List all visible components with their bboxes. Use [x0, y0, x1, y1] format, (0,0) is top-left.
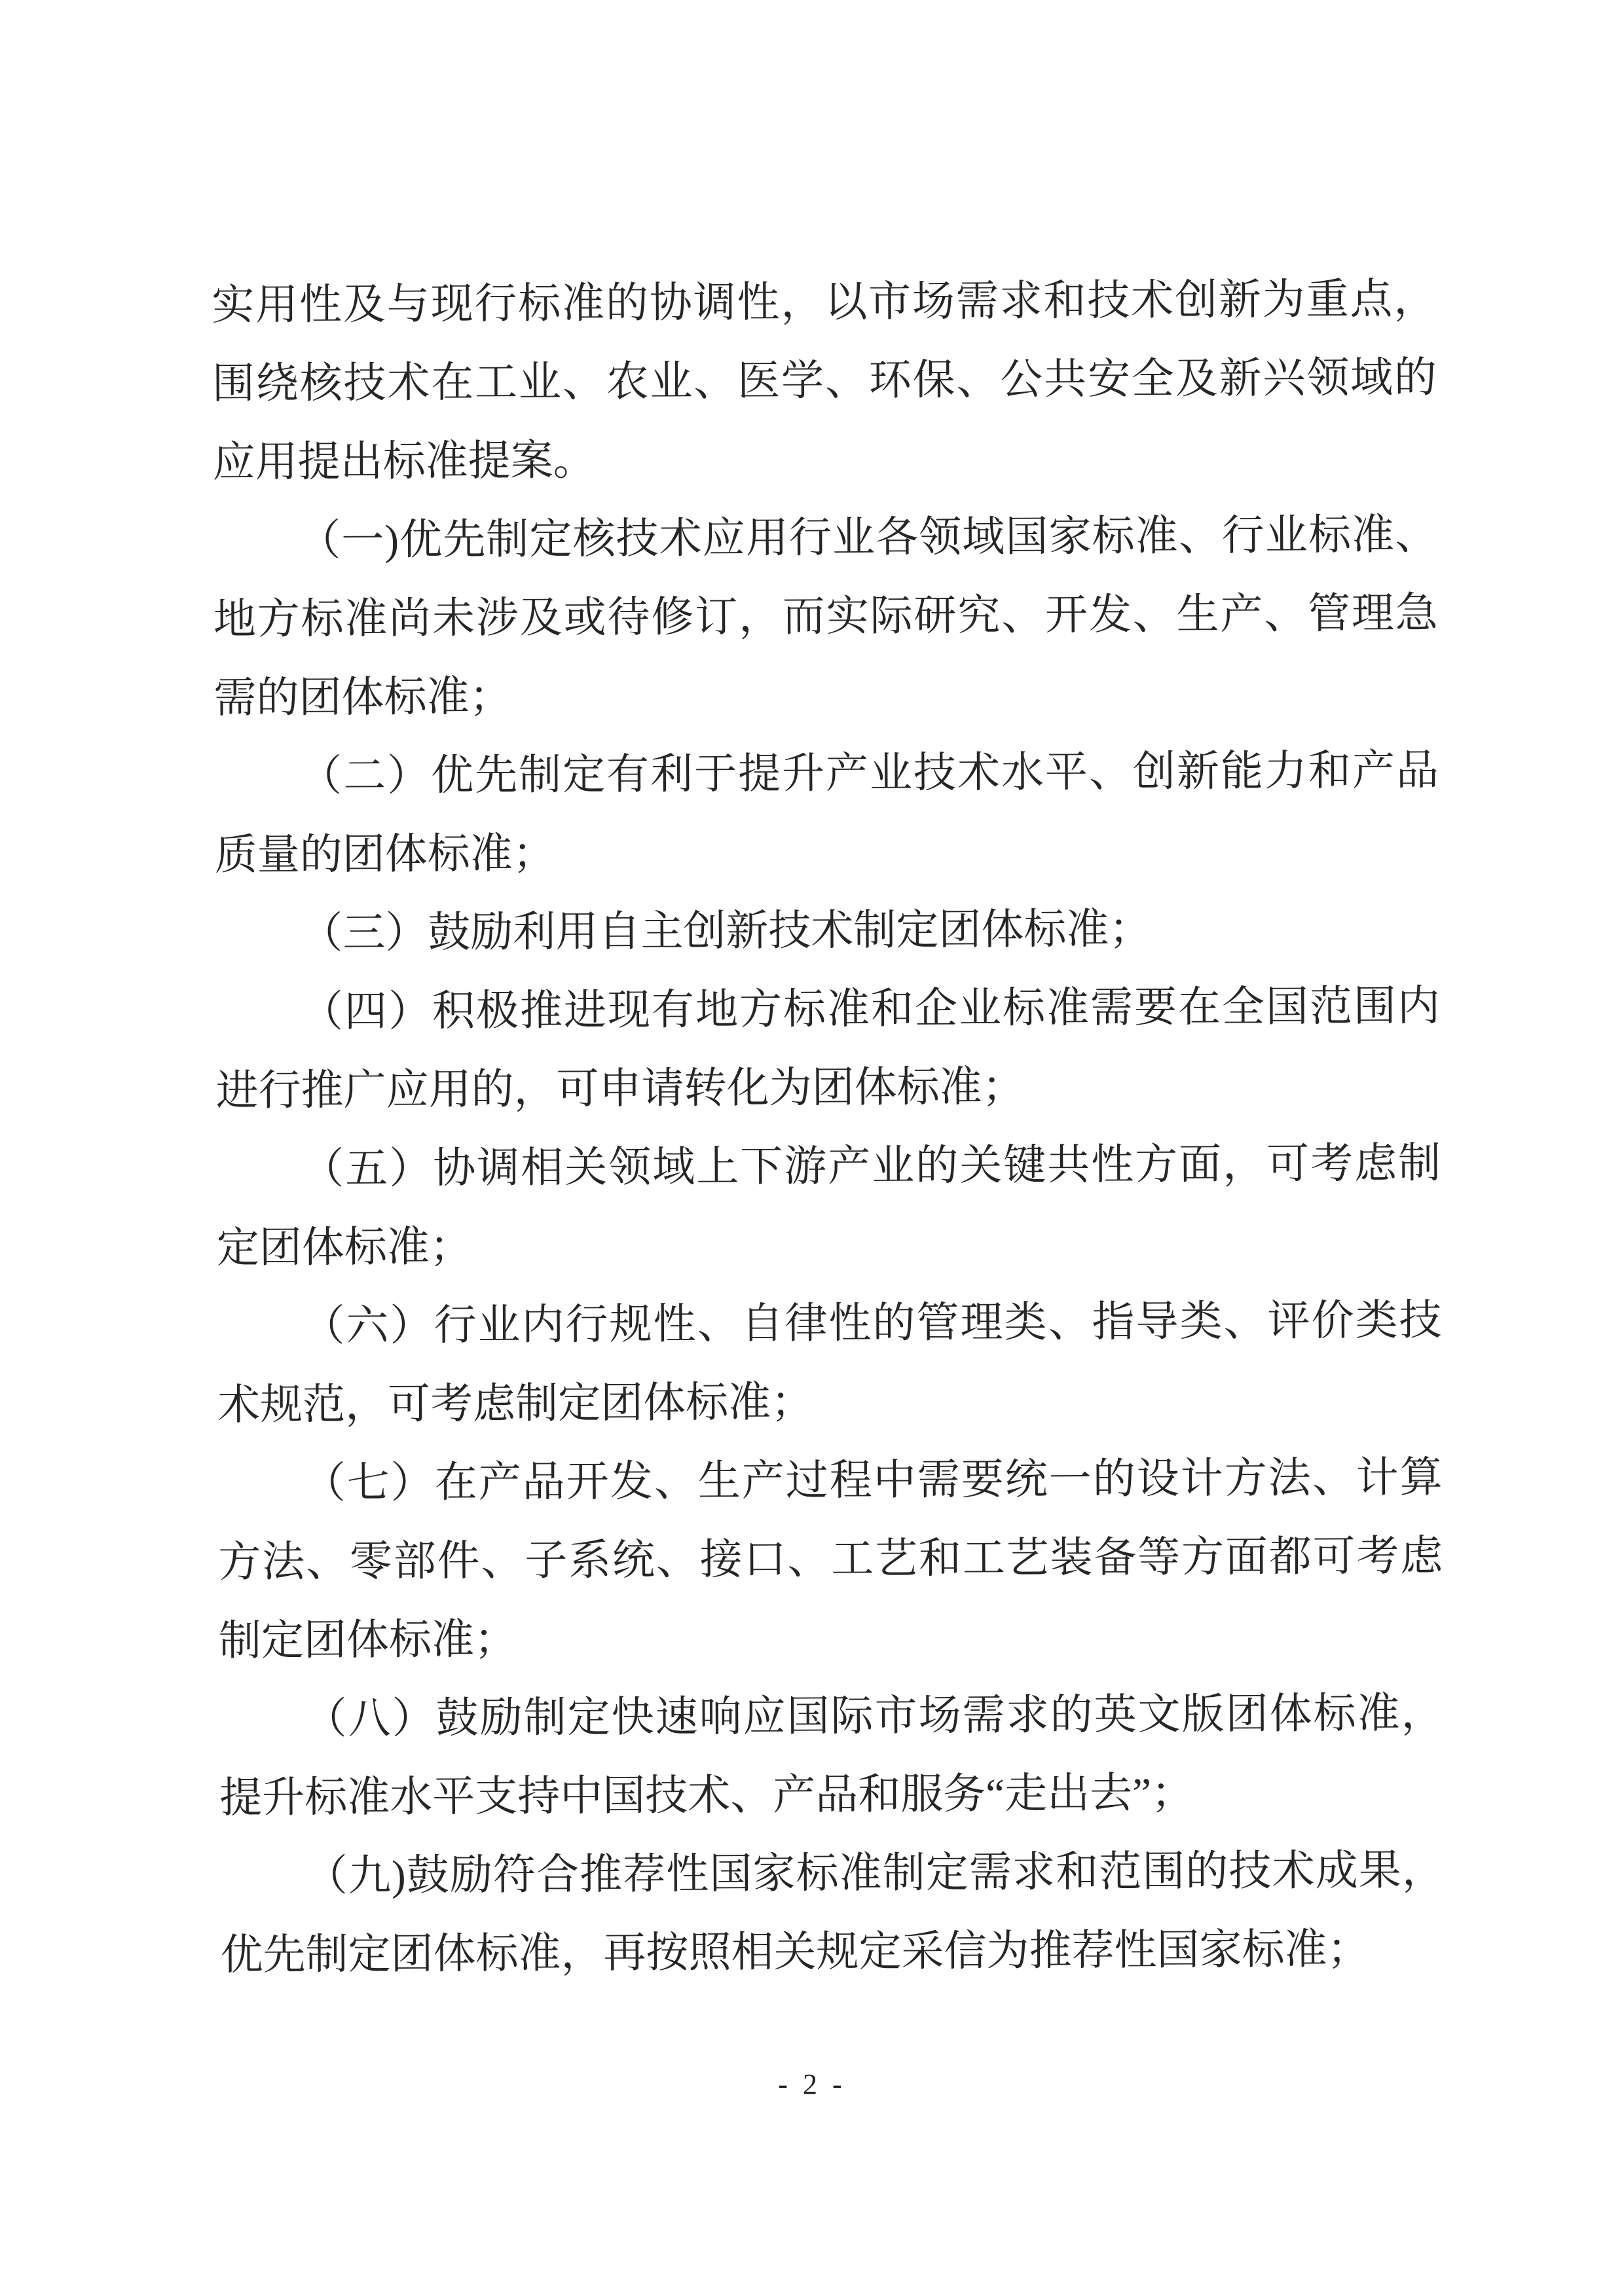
- paragraph: （三）鼓励利用自主创新技术制定团体标准；: [215, 888, 1440, 974]
- paragraph: （四）积极推进现有地方标准和企业标准需要在全国范围内进行推广应用的，可申请转化为…: [215, 967, 1441, 1131]
- document-page: 实用性及与现行标准的协调性，以市场需求和技术创新为重点，围绕核技术在工业、农业、…: [0, 0, 1624, 2296]
- paragraph: （九)鼓励符合推荐性国家标准制定需求和范围的技术成果，优先制定团体标准，再按照相…: [220, 1831, 1445, 1995]
- paragraph: 实用性及与现行标准的协调性，以市场需求和技术创新为重点，围绕核技术在工业、农业、…: [212, 260, 1437, 502]
- paragraph: （六）行业内行规性、自律性的管理类、指导类、评价类技术规范，可考虑制定团体标准；: [217, 1281, 1442, 1445]
- page-number: - 2 -: [0, 2068, 1624, 2101]
- paragraph: （五）协调相关领域上下游产业的关键共性方面，可考虑制定团体标准；: [216, 1124, 1441, 1288]
- paragraph: （八）鼓励制定快速响应国际市场需求的英文版团体标准，提升标准水平支持中国技术、产…: [219, 1674, 1444, 1838]
- document-body: 实用性及与现行标准的协调性，以市场需求和技术创新为重点，围绕核技术在工业、农业、…: [212, 260, 1445, 1995]
- paragraph: （二）优先制定有利于提升产业技术水平、创新能力和产品质量的团体标准；: [214, 731, 1439, 895]
- paragraph: （一)优先制定核技术应用行业各领域国家标准、行业标准、地方标准尚未涉及或待修订，…: [213, 496, 1439, 738]
- paragraph: （七）在产品开发、生产过程中需要统一的设计方法、计算方法、零部件、子系统、接口、…: [217, 1438, 1443, 1681]
